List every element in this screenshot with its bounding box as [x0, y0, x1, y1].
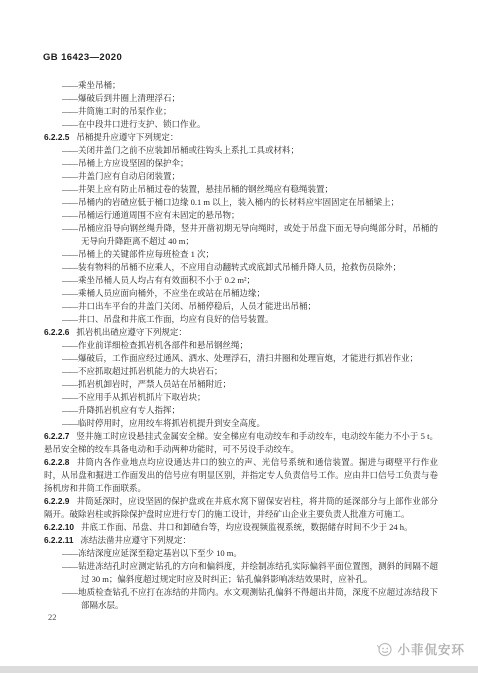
list-item-text: 乘桶人员应面向桶外，不应坐在或站在吊桶边缘； — [78, 288, 265, 298]
list-item-text: 吊桶上方应设坚固的保护伞； — [78, 158, 189, 168]
list-dash: —— — [62, 587, 77, 597]
clause-text: 井筒延深时，应设坚固的保护盘或在井底水窝下留保安岩柱，将井筒的延深部分与上部作业… — [44, 496, 438, 519]
clause-number: 6.2.2.10 — [44, 522, 74, 532]
list-item-text: 装有物料的吊桶不应乘人，不应用自动翻转式或底卸式吊桶升降人员，抢救伤员除外； — [78, 262, 401, 272]
list-item-text: 吊桶运行通道周围不应有未固定的悬吊物； — [78, 210, 240, 220]
list-item: ——乘坐吊桶； — [62, 79, 438, 92]
list-item-text: 爆破后到井圈上清理浮石； — [78, 93, 180, 103]
list-dash: —— — [62, 353, 77, 363]
document-body: ——乘坐吊桶；——爆破后到井圈上清理浮石；——井筒施工时的吊泵作业；——在中段井… — [44, 79, 438, 612]
list-dash: —— — [62, 80, 77, 90]
list-item-text: 吊桶应沿导向钢丝绳升降，竖井开凿初期无导向绳时，或处于吊盘下面无导向绳部分时，吊… — [78, 223, 438, 246]
clause-paragraph: 6.2.2.11冻结法凿井应遵守下列规定： — [44, 534, 438, 547]
list-dash: —— — [62, 93, 77, 103]
list-item-text: 升降抓岩机应有专人指挥； — [78, 405, 180, 415]
list-item: ——爆破后，工作面应经过通风、洒水、处理浮石，清扫井圈和处理盲炮，才能进行抓岩作… — [62, 352, 438, 365]
list-dash: —— — [62, 288, 77, 298]
list-item-text: 井筒施工时的吊泵作业； — [78, 106, 172, 116]
clause-paragraph: 6.2.2.9井筒延深时，应设坚固的保护盘或在井底水窝下留保安岩柱，将井筒的延深… — [44, 495, 438, 521]
clause-text: 井筒内各作业地点均应设通达井口的独立的声、光信号系统和通信装置。掘进与砌壁平行作… — [44, 457, 438, 493]
list-item: ——井筒施工时的吊泵作业； — [62, 105, 438, 118]
list-item-text: 乘坐吊桶人员人均占有有效面积不小于 0.2 m²； — [78, 275, 255, 285]
list-item: ——吊桶上方应设坚固的保护伞； — [62, 157, 438, 170]
list-item-text: 吊桶内的岩碴应低于桶口边缘 0.1 m 以上，装入桶内的长材料应牢固固定在吊桶梁… — [78, 197, 399, 207]
list-item-text: 关闭井盖门之前不应装卸吊桶或往钩头上系扎工具或材料； — [78, 145, 299, 155]
list-dash: —— — [62, 379, 77, 389]
list-dash: —— — [62, 405, 77, 415]
list-dash: —— — [62, 106, 77, 116]
list-item: ——井架上应有防止吊桶过卷的装置，悬挂吊桶的钢丝绳应有稳绳装置； — [62, 183, 438, 196]
list-item-text: 井口、吊盘和井底工作面，均应有良好的信号装置。 — [78, 314, 274, 324]
list-item: ——爆破后到井圈上清理浮石； — [62, 92, 438, 105]
list-item: ——不应用手从抓岩机抓片下取岩块； — [62, 391, 438, 404]
list-item-text: 冻结深度应延深至稳定基岩以下至少 10 m。 — [78, 548, 242, 558]
list-dash: —— — [62, 210, 77, 220]
list-dash: —— — [62, 249, 77, 259]
page-bottom-edge-strip — [0, 666, 478, 673]
list-item-text: 井盖门应有自动启闭装置； — [78, 171, 180, 181]
list-item-text: 临时停用时，应用绞车将抓岩机提升到安全高度。 — [78, 418, 265, 428]
clause-number: 6.2.2.5 — [44, 132, 69, 142]
list-item: ——升降抓岩机应有专人指挥； — [62, 404, 438, 417]
list-dash: —— — [62, 262, 77, 272]
list-item: ——地质检查钻孔不应打在冻结的井筒内。水文观测钻孔偏斜不得超出井筒，深度不应超过… — [62, 586, 438, 612]
watermark-text: 小菲侃安环 — [397, 640, 465, 658]
list-item: ——吊桶上的关键部件应每班检查 1 次； — [62, 248, 438, 261]
clause-number: 6.2.2.6 — [44, 327, 69, 337]
list-item-text: 井口出车平台的井盖门关闭、吊桶停稳后，人员才能进出吊桶； — [78, 301, 316, 311]
list-dash: —— — [62, 301, 77, 311]
clause-paragraph: 6.2.2.8井筒内各作业地点均应设通达井口的独立的声、光信号系统和通信装置。掘… — [44, 456, 438, 495]
list-item: ——冻结深度应延深至稳定基岩以下至少 10 m。 — [62, 547, 438, 560]
page-number: 22 — [48, 612, 57, 622]
list-item: ——乘坐吊桶人员人均占有有效面积不小于 0.2 m²； — [62, 274, 438, 287]
clause-text: 吊桶提升应遵守下列规定： — [76, 132, 178, 142]
list-item: ——钻进冻结孔时应测定钻孔的方向和偏斜度，并绘制冻结孔实际偏斜平面位置图，测斜的… — [62, 560, 438, 586]
list-dash: —— — [62, 223, 77, 233]
list-item: ——井盖门应有自动启闭装置； — [62, 170, 438, 183]
clause-text: 抓岩机出碴应遵守下列规定： — [76, 327, 187, 337]
list-item-text: 地质检查钻孔不应打在冻结的井筒内。水文观测钻孔偏斜不得超出井筒，深度不应超过冻结… — [78, 587, 438, 610]
list-dash: —— — [62, 418, 77, 428]
document-page: GB 16423—2020 ——乘坐吊桶；——爆破后到井圈上清理浮石；——井筒施… — [0, 0, 478, 673]
list-dash: —— — [62, 561, 77, 571]
list-dash: —— — [62, 366, 77, 376]
list-dash: —— — [62, 548, 77, 558]
clause-text: 井底工作面、吊盘、井口和卸碴台等，均应设视频监视系统，数据储存时间不少于 24 … — [81, 522, 413, 532]
clause-text: 冻结法凿井应遵守下列规定： — [81, 535, 192, 545]
list-item-text: 爆破后，工作面应经过通风、洒水、处理浮石，清扫井圈和处理盲炮，才能进行抓岩作业； — [78, 353, 418, 363]
clause-text: 竖井施工时应设悬挂式金属安全梯。安全梯应有电动绞车和手动绞车，电动绞车能力不小于… — [44, 431, 438, 454]
list-item: ——不应抓取超过抓岩机能力的大块岩石； — [62, 365, 438, 378]
list-dash: —— — [62, 392, 77, 402]
list-dash: —— — [62, 314, 77, 324]
clause-number: 6.2.2.9 — [44, 496, 69, 506]
list-dash: —— — [62, 171, 77, 181]
list-dash: —— — [62, 119, 77, 129]
list-dash: —— — [62, 197, 77, 207]
list-item-text: 钻进冻结孔时应测定钻孔的方向和偏斜度，并绘制冻结孔实际偏斜平面位置图，测斜的间隔… — [78, 561, 438, 584]
list-dash: —— — [62, 184, 77, 194]
list-item: ——临时停用时，应用绞车将抓岩机提升到安全高度。 — [62, 417, 438, 430]
clause-paragraph: 6.2.2.6抓岩机出碴应遵守下列规定： — [44, 326, 438, 339]
list-item: ——吊桶内的岩碴应低于桶口边缘 0.1 m 以上，装入桶内的长材料应牢固固定在吊… — [62, 196, 438, 209]
clause-number: 6.2.2.8 — [44, 457, 69, 467]
list-item: ——关闭井盖门之前不应装卸吊桶或往钩头上系扎工具或材料； — [62, 144, 438, 157]
clause-paragraph: 6.2.2.10井底工作面、吊盘、井口和卸碴台等，均应设视频监视系统，数据储存时… — [44, 521, 438, 534]
clause-paragraph: 6.2.2.7竖井施工时应设悬挂式金属安全梯。安全梯应有电动绞车和手动绞车，电动… — [44, 430, 438, 456]
list-item: ——吊桶应沿导向钢丝绳升降，竖井开凿初期无导向绳时，或处于吊盘下面无导向绳部分时… — [62, 222, 438, 248]
list-dash: —— — [62, 145, 77, 155]
clause-number: 6.2.2.11 — [44, 535, 74, 545]
list-item-text: 乘坐吊桶； — [78, 80, 121, 90]
list-dash: —— — [62, 275, 77, 285]
list-dash: —— — [62, 158, 77, 168]
watermark-face-icon — [376, 641, 392, 657]
standard-code-header: GB 16423—2020 — [43, 52, 122, 63]
list-item: ——井口、吊盘和井底工作面，均应有良好的信号装置。 — [62, 313, 438, 326]
list-item: ——在中段井口进行支护、锁口作业。 — [62, 118, 438, 131]
list-item-text: 吊桶上的关键部件应每班检查 1 次； — [78, 249, 214, 259]
watermark: 小菲侃安环 — [376, 640, 465, 658]
list-item: ——装有物料的吊桶不应乘人，不应用自动翻转式或底卸式吊桶升降人员，抢救伤员除外； — [62, 261, 438, 274]
list-item: ——抓岩机卸岩时，严禁人员站在吊桶附近； — [62, 378, 438, 391]
list-item-text: 不应用手从抓岩机抓片下取岩块； — [78, 392, 206, 402]
clause-paragraph: 6.2.2.5吊桶提升应遵守下列规定： — [44, 131, 438, 144]
list-item: ——井口出车平台的井盖门关闭、吊桶停稳后，人员才能进出吊桶； — [62, 300, 438, 313]
clause-number: 6.2.2.7 — [44, 431, 69, 441]
list-item: ——作业前详细检查抓岩机各部件和悬吊钢丝绳； — [62, 339, 438, 352]
list-item: ——乘桶人员应面向桶外，不应坐在或站在吊桶边缘； — [62, 287, 438, 300]
list-item-text: 在中段井口进行支护、锁口作业。 — [78, 119, 206, 129]
list-item-text: 作业前详细检查抓岩机各部件和悬吊钢丝绳； — [78, 340, 248, 350]
list-item-text: 抓岩机卸岩时，严禁人员站在吊桶附近； — [78, 379, 231, 389]
list-item-text: 不应抓取超过抓岩机能力的大块岩石； — [78, 366, 223, 376]
list-item-text: 井架上应有防止吊桶过卷的装置，悬挂吊桶的钢丝绳应有稳绳装置； — [78, 184, 333, 194]
list-dash: —— — [62, 340, 77, 350]
list-item: ——吊桶运行通道周围不应有未固定的悬吊物； — [62, 209, 438, 222]
